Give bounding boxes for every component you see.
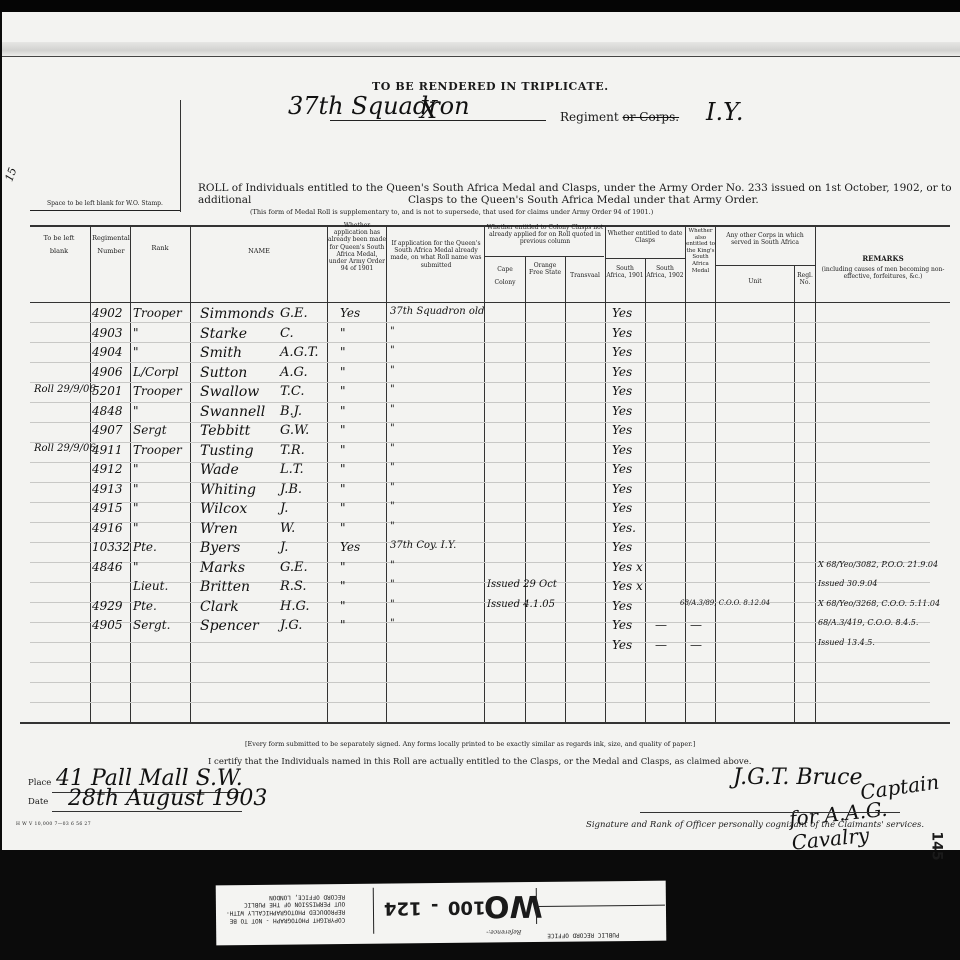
header-remarks: REMARKS (816, 255, 950, 263)
row-rank: " (133, 326, 139, 340)
row-sa-1901: Yes (612, 599, 632, 613)
col-rule (386, 225, 387, 722)
print-code: H W V 10,000 7—03 6 56 27 (16, 822, 91, 827)
header-transvaal: Transvaal (566, 272, 604, 279)
row-rank: " (133, 501, 139, 515)
row-rule (30, 602, 930, 603)
row-regimental-number: 4904 (92, 345, 123, 359)
row-applied: " (340, 345, 346, 359)
row-applied: " (340, 482, 346, 496)
row-rule (30, 702, 930, 703)
row-initials: J.G. (280, 618, 302, 633)
row-sa-1901: Yes (612, 306, 632, 320)
row-regimental-number: 10332 (92, 540, 130, 554)
page-number: 145 (929, 831, 945, 860)
row-initials: T.C. (280, 384, 305, 399)
row-rule (30, 542, 930, 543)
header-regl-no: Regl. No. (795, 272, 815, 286)
ruler-line (537, 905, 665, 907)
squadron-underline (330, 120, 546, 121)
reference-label: Reference:- (486, 928, 521, 935)
row-surname: Byers (200, 540, 240, 556)
row-remarks: X 68/Yeo/3082, P.O.O. 21.9.04 (818, 560, 938, 569)
col-rule (715, 225, 716, 722)
header-colony-clasps: Whether entitled to Colony Clasps not al… (486, 224, 604, 246)
row-initials: W. (280, 521, 295, 536)
row-surname: Marks (200, 560, 245, 576)
row-regimental-number: 4929 (92, 599, 123, 613)
row-regimental-number: 4911 (92, 443, 123, 457)
row-rank: Trooper (133, 306, 182, 320)
col-rule (484, 225, 485, 722)
row-surname: Britten (200, 579, 250, 595)
row-roll-name: " (390, 365, 395, 376)
row-sa-1901: Yes. (612, 521, 636, 535)
row-surname: Starke (200, 326, 247, 342)
row-rank: " (133, 462, 139, 476)
row-surname: Spencer (200, 618, 259, 634)
row-sa-1902: — (655, 638, 667, 652)
row-kings-medal: — (690, 638, 702, 652)
row-roll-name: " (390, 326, 395, 337)
header-blank: To be left blank (34, 232, 84, 258)
office-name: PUBLIC RECORD OFFICE (547, 931, 619, 939)
row-rank: Trooper (133, 443, 182, 457)
date-label: Date (28, 797, 48, 807)
row-regimental-number: 4903 (92, 326, 123, 340)
reference-dash: - (431, 895, 439, 916)
row-sa-1901: Yes (612, 443, 632, 457)
paper-fold (2, 42, 960, 57)
row-rule (30, 402, 930, 403)
row-initials: G.E. (280, 306, 308, 321)
row-rule (30, 342, 930, 343)
row-rank: " (133, 404, 139, 418)
row-rank: " (133, 482, 139, 496)
row-roll-name: " (390, 443, 395, 454)
header-bottom-rule (30, 302, 950, 303)
row-rule (30, 362, 930, 363)
date-value: 28th August 1903 (68, 786, 267, 811)
row-initials: R.S. (280, 579, 307, 594)
row-initials: C. (280, 326, 294, 341)
row-rank: " (133, 345, 139, 359)
row-rule (30, 382, 930, 383)
header-other-corps: Any other Corps in which served in South… (716, 232, 814, 246)
row-applied: " (340, 384, 346, 398)
row-initials: J. (280, 540, 288, 555)
place-label: Place (28, 778, 51, 788)
row-rank: Lieut. (133, 579, 168, 593)
row-initials: J. (280, 501, 288, 516)
row-applied: " (340, 560, 346, 574)
stamp-space-line (30, 210, 180, 211)
col-rule (90, 225, 91, 722)
row-cape-colony: Issued 4.1.05 (487, 599, 555, 610)
row-applied: " (340, 599, 346, 613)
row-roll-name: 37th Squadron old (390, 306, 484, 317)
row-remarks: Issued 13.4.5. (818, 638, 875, 647)
row-applied: Yes (340, 306, 360, 320)
header-rank: Rank (131, 245, 189, 253)
reference-piece: 100 (448, 897, 486, 918)
row-roll-name: " (390, 618, 395, 629)
row-initials: A.G. (280, 365, 308, 380)
header-orange-free-state: Orange Free State (526, 262, 564, 276)
row-sa-1901: Yes (612, 345, 632, 359)
header-unit: Unit (716, 278, 794, 285)
row-surname: Tusting (200, 443, 254, 459)
row-roll-name: " (390, 579, 395, 590)
row-rank: " (133, 521, 139, 535)
row-regimental-number: 4846 (92, 560, 123, 574)
row-surname: Smith (200, 345, 242, 361)
row-rule (30, 562, 930, 563)
row-sa-1901: Yes (612, 326, 632, 340)
roll-description-line2: Clasps to the Queen's South Africa Medal… (408, 194, 759, 206)
col-rule (525, 256, 526, 722)
row-roll-name: " (390, 501, 395, 512)
col-rule (605, 225, 606, 722)
reference-slip: COPYRIGHT PHOTOGRAPH - NOT TO BE REPRODU… (216, 881, 667, 946)
row-regimental-number: 4906 (92, 365, 123, 379)
signature: J.G.T. Bruce (733, 765, 863, 790)
col-rule (130, 225, 131, 722)
row-sa-1901: Yes (612, 404, 632, 418)
row-regimental-number: 4848 (92, 404, 123, 418)
row-rule (30, 482, 930, 483)
col-rule (327, 225, 328, 722)
row-remarks: 68/A.3/419, C.O.O. 8.4.5. (818, 618, 918, 627)
col-rule (190, 225, 191, 722)
scan-border (0, 0, 960, 12)
col-rule (794, 265, 795, 722)
row-initials: L.T. (280, 462, 304, 477)
signature-caption: Signature and Rank of Officer personally… (586, 820, 924, 830)
regiment-value: I.Y. (706, 98, 744, 126)
header-sa-1902: South Africa, 1902 (646, 265, 684, 279)
row-rank: Pte. (133, 540, 157, 554)
row-sa-1901: Yes x (612, 579, 643, 593)
reference-item: 124 (384, 897, 422, 918)
supplementary-note: (This form of Medal Roll is supplementar… (250, 208, 653, 216)
row-roll-name: " (390, 560, 395, 571)
col-rule (685, 225, 686, 722)
row-sa-1901: Yes (612, 384, 632, 398)
row-roll-name: " (390, 423, 395, 434)
row-initials: G.E. (280, 560, 308, 575)
row-applied: " (340, 501, 346, 515)
row-rule (30, 662, 930, 663)
row-sa-1901: Yes (612, 501, 632, 515)
corps-subheader-rule (715, 265, 815, 266)
col-rule (645, 258, 646, 722)
row-sa-1901: Yes (612, 365, 632, 379)
row-remarks: X 68/Yeo/3268, C.O.O. 5.11.04 (818, 599, 940, 608)
row-rank: " (133, 560, 139, 574)
row-sa-1901: Yes (612, 618, 632, 632)
row-rule (30, 522, 930, 523)
row-roll-name: " (390, 345, 395, 356)
row-surname: Swallow (200, 384, 259, 400)
row-surname: Wilcox (200, 501, 247, 517)
row-applied: " (340, 579, 346, 593)
table-bottom-rule (20, 722, 950, 724)
col-rule (815, 225, 816, 722)
row-rule (30, 642, 930, 643)
reference-series: WO (484, 888, 543, 924)
row-blank-note: Roll 29/9/06 (34, 384, 96, 395)
row-initials: G.W. (280, 423, 309, 438)
row-applied: Yes (340, 540, 360, 554)
row-rule (30, 682, 930, 683)
row-surname: Clark (200, 599, 239, 615)
header-sa-1901: South Africa, 1901 (606, 265, 644, 279)
signature-line (640, 812, 900, 813)
row-regimental-number: 4912 (92, 462, 123, 476)
row-rule (30, 322, 930, 323)
row-initials: B.J. (280, 404, 302, 419)
row-unit: 68/A.3/89, C.O.O. 8.12.04 (680, 599, 770, 607)
date-underline (52, 811, 242, 812)
copyright-notice: COPYRIGHT PHOTOGRAPH - NOT TO BE REPRODU… (226, 892, 346, 924)
row-rank: Pte. (133, 599, 157, 613)
row-regimental-number: 4905 (92, 618, 123, 632)
row-rank: L/Corpl (133, 365, 179, 379)
row-surname: Whiting (200, 482, 256, 498)
row-blank-note: Roll 29/9/06 (34, 443, 96, 454)
row-applied: " (340, 462, 346, 476)
row-kings-medal: — (690, 618, 702, 632)
row-initials: T.R. (280, 443, 305, 458)
row-roll-name: " (390, 384, 395, 395)
row-rule (30, 462, 930, 463)
row-sa-1901: Yes (612, 423, 632, 437)
row-initials: A.G.T. (280, 345, 318, 360)
row-applied: " (340, 326, 346, 340)
slip-divider (373, 888, 374, 934)
row-roll-name: " (390, 462, 395, 473)
row-remarks: Issued 30.9.04 (818, 579, 877, 588)
row-regimental-number: 4916 (92, 521, 123, 535)
row-roll-name: " (390, 482, 395, 493)
row-surname: Swannell (200, 404, 265, 420)
header-kings-medal: Whether also entitled to the King's Sout… (686, 228, 715, 274)
header-divider (180, 100, 181, 212)
header-roll-submitted: If application for the Queen's South Afr… (388, 240, 484, 269)
row-rule (30, 502, 930, 503)
row-applied: " (340, 423, 346, 437)
row-sa-1901: Yes (612, 462, 632, 476)
row-applied: " (340, 521, 346, 535)
row-regimental-number: 4907 (92, 423, 123, 437)
form-note: [Every form submitted to be separately s… (245, 740, 695, 748)
row-surname: Simmonds (200, 306, 274, 322)
row-surname: Tebbitt (200, 423, 250, 439)
row-roll-name: " (390, 521, 395, 532)
header-regimental-number: Regimental Number (91, 232, 131, 258)
certification-text: I certify that the Individuals named in … (208, 757, 751, 767)
row-sa-1901: Yes (612, 638, 632, 652)
col-rule (565, 256, 566, 722)
header-name: NAME (191, 248, 327, 256)
row-roll-name: " (390, 599, 395, 610)
header-remarks-sub: (including causes of men becoming non-ef… (816, 266, 950, 280)
squadron-field: 37th Squadron (288, 92, 470, 120)
row-rank: Sergt. (133, 618, 170, 632)
scale-ruler: PUBLIC RECORD OFFICE (536, 887, 665, 924)
row-regimental-number: 4913 (92, 482, 123, 496)
row-cape-colony: Issued 29 Oct (487, 579, 557, 590)
row-surname: Wren (200, 521, 238, 537)
row-applied: " (340, 404, 346, 418)
row-applied: " (340, 443, 346, 457)
row-rank: Trooper (133, 384, 182, 398)
row-sa-1902: — (655, 618, 667, 632)
colony-subheader-rule (484, 256, 604, 257)
row-roll-name: 37th Coy. I.Y. (390, 540, 456, 551)
header-date-clasps: Whether entitled to date Clasps (606, 230, 684, 244)
row-roll-name: " (390, 404, 395, 415)
row-regimental-number: 4915 (92, 501, 123, 515)
row-sa-1901: Yes (612, 482, 632, 496)
row-initials: H.G. (280, 599, 310, 614)
row-regimental-number: 4902 (92, 306, 123, 320)
row-sa-1901: Yes x (612, 560, 643, 574)
stamp-space-label: Space to be left blank for W.O. Stamp. (30, 200, 180, 207)
row-applied: " (340, 365, 346, 379)
row-surname: Sutton (200, 365, 247, 381)
row-rank: Sergt (133, 423, 167, 437)
row-regimental-number: 5201 (92, 384, 123, 398)
header-cape-colony: Cape Colony (486, 263, 524, 289)
regiment-label: Regiment or Corps. (560, 110, 679, 124)
row-applied: " (340, 618, 346, 632)
row-sa-1901: Yes (612, 540, 632, 554)
header-application-made: Whether application has already been mad… (328, 222, 386, 272)
row-initials: J.B. (280, 482, 302, 497)
row-surname: Wade (200, 462, 239, 478)
